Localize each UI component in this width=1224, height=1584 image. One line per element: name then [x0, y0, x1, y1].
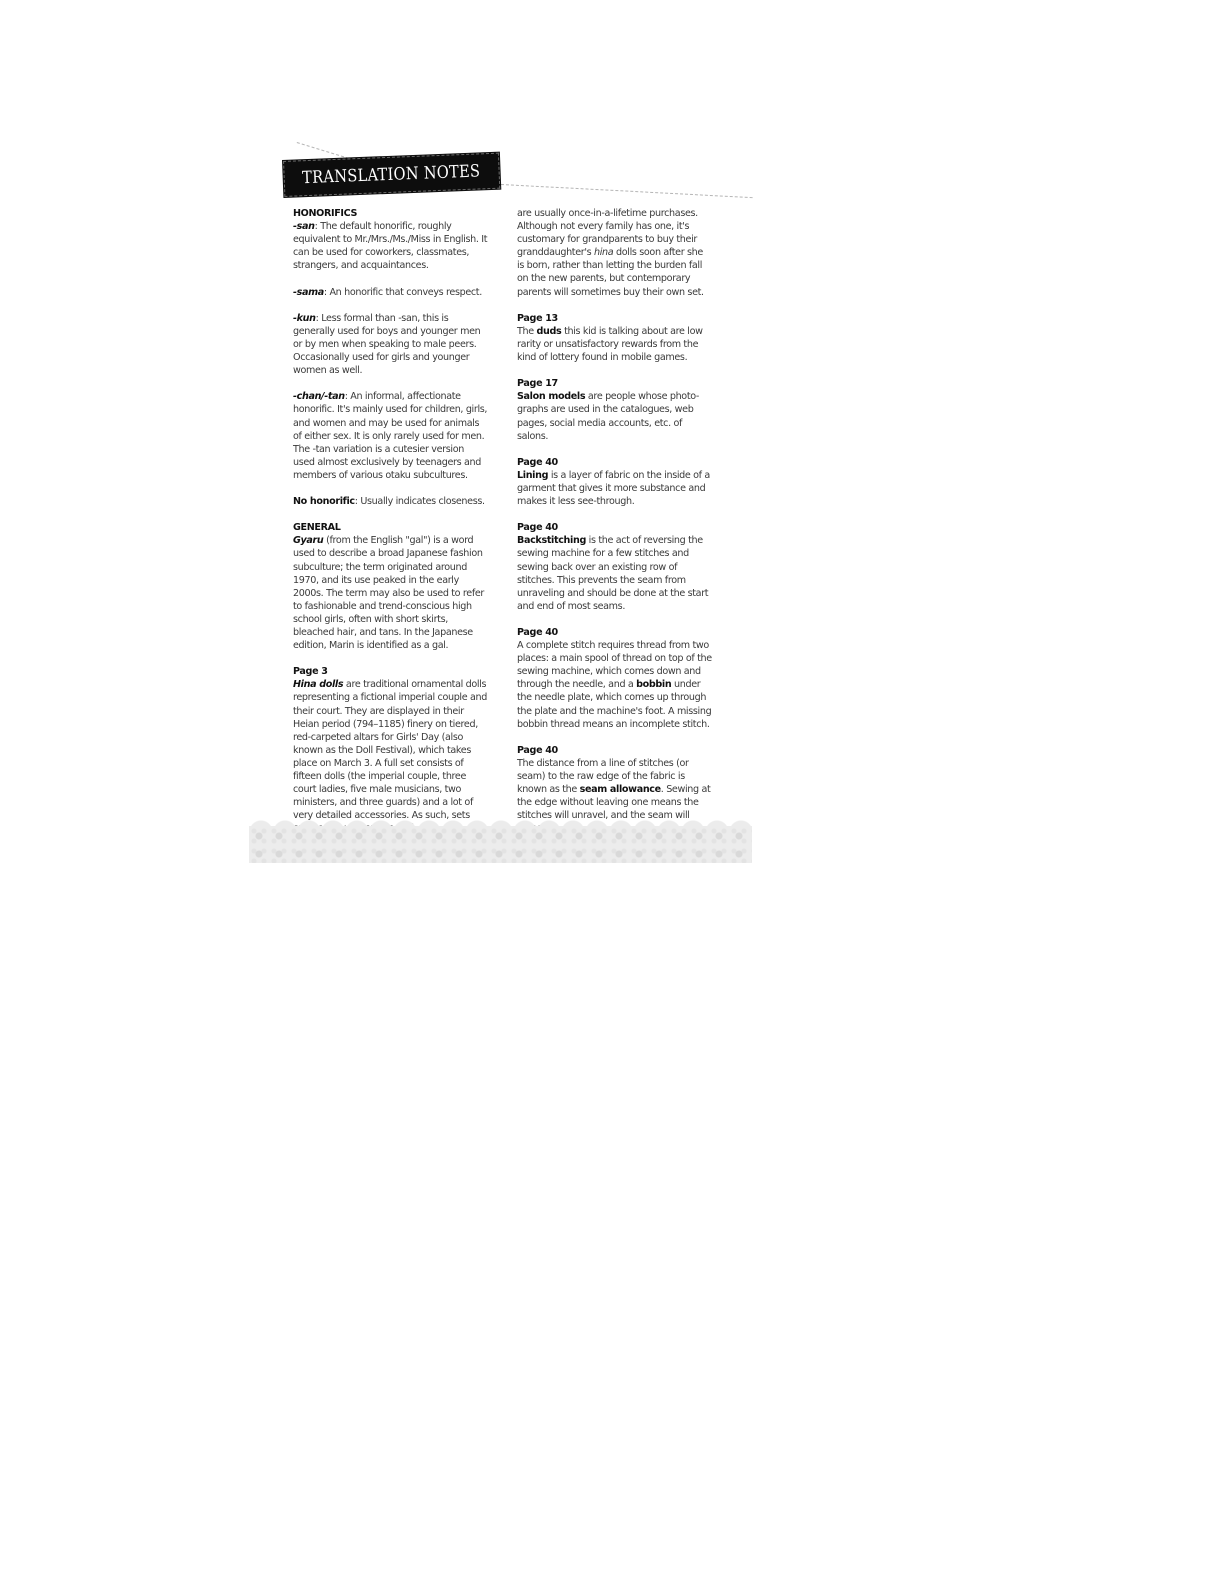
note-entry: Page 13 The duds this kid is talking abo…	[517, 312, 712, 364]
lace-border-decoration	[249, 826, 752, 863]
note-entry: Gyaru (from the English "gal") is a word…	[293, 534, 488, 652]
note-text: The	[517, 326, 537, 337]
note-term: No honorific	[293, 496, 355, 507]
decorative-dashed-line	[501, 184, 753, 198]
note-text: : An informal, affectionate honorific. I…	[293, 391, 487, 481]
note-term: Backstitching	[517, 535, 586, 546]
note-term: -sama	[293, 287, 324, 298]
note-term: -san	[293, 221, 315, 232]
note-term: Lining	[517, 470, 548, 481]
note-entry: No honorific: Usually indicates closenes…	[293, 495, 488, 508]
note-entry: Hina dolls are traditional ornamental do…	[293, 678, 488, 835]
note-entry: Page 40 Lining is a layer of fabric on t…	[517, 456, 712, 508]
page-heading: Page 40	[517, 626, 712, 639]
note-term: seam allowance	[580, 784, 661, 795]
note-entry: -chan/-tan: An informal, affectionate ho…	[293, 390, 488, 482]
note-italic-term: hina	[594, 247, 613, 258]
note-text: is the act of reversing the sewing machi…	[517, 535, 708, 611]
note-text: (from the English "gal") is a word used …	[293, 535, 484, 651]
note-text: : An honorific that conveys respect.	[324, 287, 482, 298]
note-term: -kun	[293, 313, 316, 324]
note-text: are traditional ornamental dolls represe…	[293, 679, 487, 834]
translation-notes-page: TRANSLATION NOTES HONORIFICS -san: The d…	[249, 130, 752, 863]
note-term: -chan/-tan	[293, 391, 345, 402]
note-term: Hina dolls	[293, 679, 343, 690]
page-heading: Page 13	[517, 312, 712, 325]
page-heading: Page 40	[517, 456, 712, 469]
note-entry: Page 40 Backstitching is the act of reve…	[517, 521, 712, 613]
note-term: duds	[537, 326, 562, 337]
note-continuation: are usually once-in-a-lifetime purchases…	[517, 207, 712, 299]
note-term: bobbin	[636, 679, 671, 690]
note-text: : Usually indicates closeness.	[355, 496, 485, 507]
note-entry: Page 40 A complete stitch requires threa…	[517, 626, 712, 731]
note-text: : Less formal than -san, this is general…	[293, 313, 480, 376]
note-entry: -san: The default honorific, roughly equ…	[293, 220, 488, 272]
note-entry: Page 17 Salon models are people whose ph…	[517, 377, 712, 442]
section-heading: HONORIFICS	[293, 207, 488, 220]
left-column: HONORIFICS -san: The default honorific, …	[293, 207, 488, 849]
page-heading: Page 17	[517, 377, 712, 390]
note-entry: -kun: Less formal than -san, this is gen…	[293, 312, 488, 377]
note-text: : The default honorific, roughly equival…	[293, 221, 487, 271]
page-title: TRANSLATION NOTES	[302, 161, 481, 188]
section-heading: GENERAL	[293, 521, 488, 534]
note-term: Salon models	[517, 391, 585, 402]
note-term: Gyaru	[293, 535, 323, 546]
title-banner: TRANSLATION NOTES	[282, 152, 501, 198]
page-heading: Page 40	[517, 521, 712, 534]
right-column: are usually once-in-a-lifetime purchases…	[517, 207, 712, 849]
note-entry: -sama: An honorific that conveys respect…	[293, 286, 488, 299]
page-heading: Page 3	[293, 665, 488, 678]
page-heading: Page 40	[517, 744, 712, 757]
